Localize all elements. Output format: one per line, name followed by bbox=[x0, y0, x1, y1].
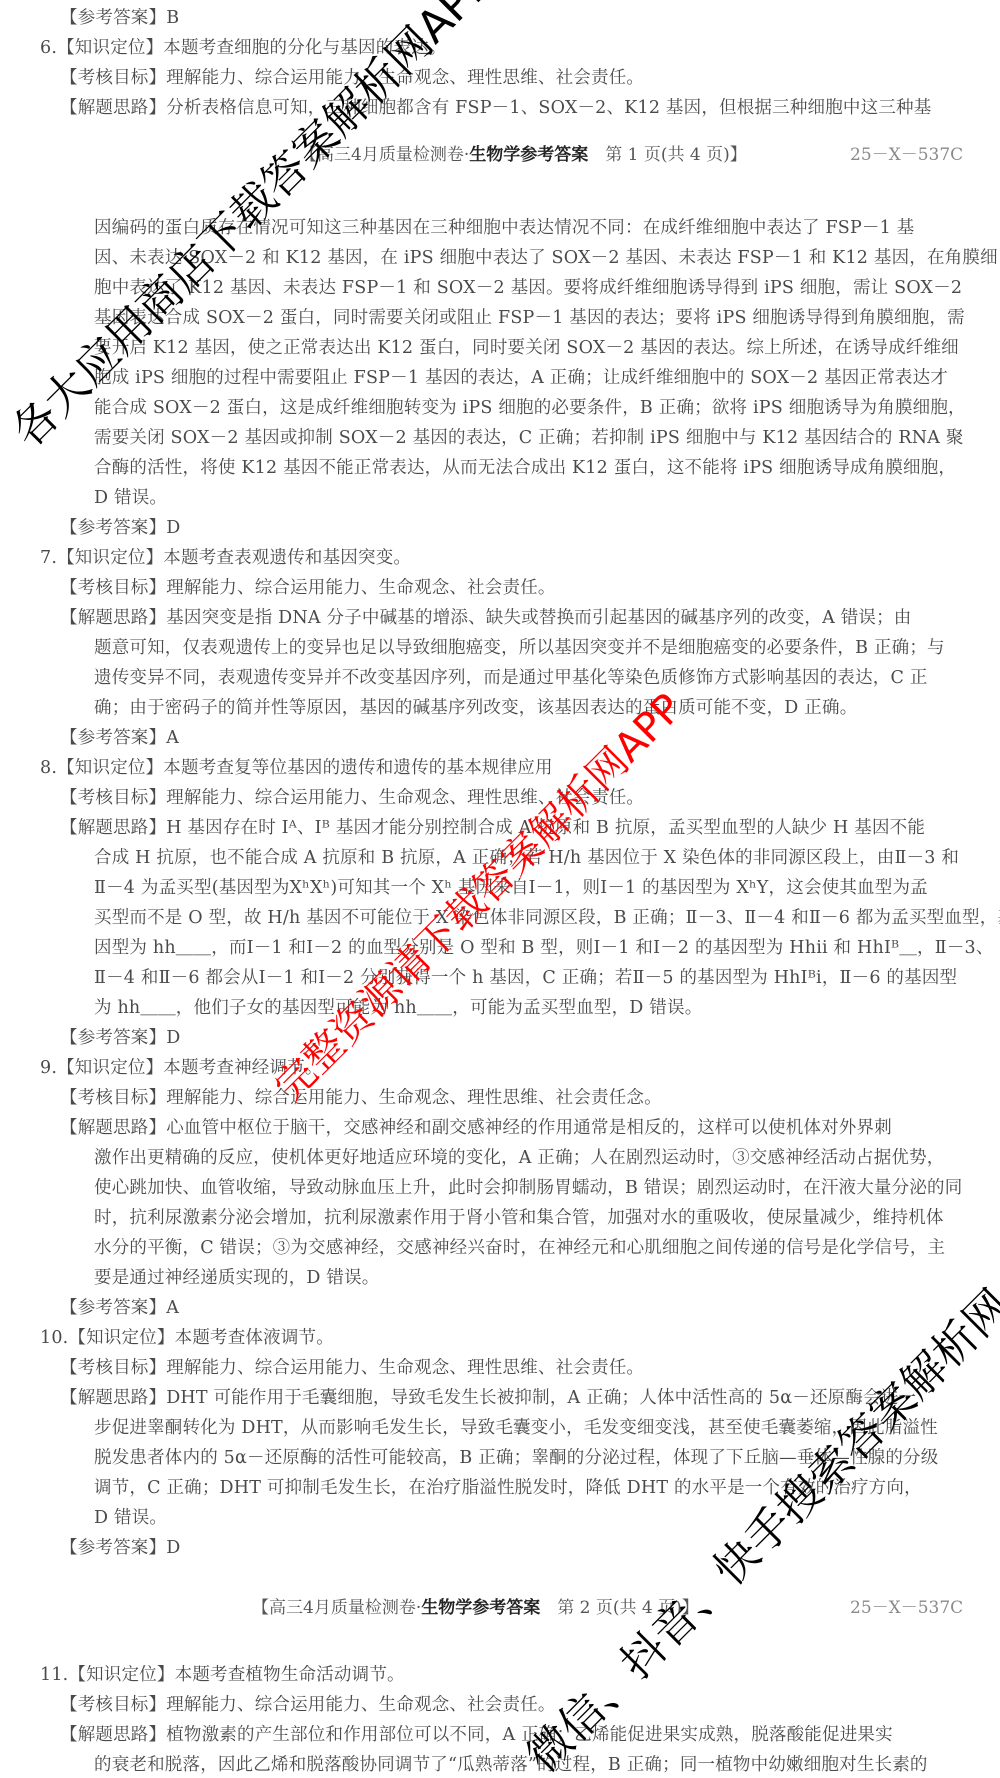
text-line: 7.【知识定位】本题考查表观遗传和基因突变。 bbox=[40, 548, 411, 568]
text-line: 【解题思路】DHT 可能作用于毛囊细胞，导致毛发生长被抑制，A 正确；人体中活性… bbox=[60, 1388, 916, 1408]
text-line: 要开启 K12 基因，使之正常表达出 K12 蛋白，同时要关闭 SOX－2 基因… bbox=[94, 338, 959, 358]
footer-code-2: 25－X－537C bbox=[850, 1593, 963, 1618]
text-line: 水分的平衡，C 错误；③为交感神经，交感神经兴奋时，在神经元和心肌细胞之间传递的… bbox=[94, 1238, 945, 1258]
text-line: 【参考答案】D bbox=[60, 518, 180, 538]
text-line: 【考核目标】理解能力、综合运用能力、生命观念、理性思维、社会责任。 bbox=[60, 1358, 644, 1378]
text-line: 因型为 hh＿＿，而Ⅰ－1 和Ⅰ－2 的血型分别是 O 型和 B 型，则Ⅰ－1 … bbox=[94, 938, 994, 958]
text-line: 胞成 iPS 细胞的过程中需要阻止 FSP－1 基因的表达，A 正确；让成纤维细… bbox=[94, 368, 948, 388]
text-line: 题意可知，仅表观遗传上的变异也足以导致细胞癌变，所以基因突变并不是细胞癌变的必要… bbox=[94, 638, 945, 658]
text-line: 【参考答案】A bbox=[60, 728, 179, 748]
text-line: 8.【知识定位】本题考查复等位基因的遗传和遗传的基本规律应用 bbox=[40, 758, 553, 778]
text-line: 需要关闭 SOX－2 基因或抑制 SOX－2 基因的表达，C 正确；若抑制 iP… bbox=[94, 428, 964, 448]
footer-title-bold: 生物学参考答案 bbox=[421, 1598, 540, 1618]
page-footer-1: 【高三4月质量检测卷·生物学参考答案 第 1 页(共 4 页)】 bbox=[300, 140, 747, 165]
footer-code-1: 25－X－537C bbox=[850, 140, 963, 165]
text-line: 确；由于密码子的简并性等原因，基因的碱基序列改变，该基因表达的蛋白质可能不变，D… bbox=[94, 698, 857, 718]
text-line: 【解题思路】植物激素的产生部位和作用部位可以不同，A 正确；乙烯能促进果实成熟，… bbox=[60, 1725, 893, 1745]
footer-title-bold: 生物学参考答案 bbox=[469, 145, 588, 165]
text-line: 使心跳加快、血管收缩，导致动脉血压上升，此时会抑制肠胃蠕动，B 错误；剧烈运动时… bbox=[94, 1178, 962, 1198]
text-line: 【解题思路】心血管中枢位于脑干，交感神经和副交感神经的作用通常是相反的，这样可以… bbox=[60, 1118, 892, 1138]
text-line: 10.【知识定位】本题考查体液调节。 bbox=[40, 1328, 334, 1348]
footer-page-number: 第 1 页(共 4 页)】 bbox=[588, 145, 747, 165]
text-line: Ⅱ－4 和Ⅱ－6 都会从Ⅰ－1 和Ⅰ－2 分别获得一个 h 基因，C 正确；若Ⅱ… bbox=[94, 968, 957, 988]
text-line: 11.【知识定位】本题考查植物生命活动调节。 bbox=[40, 1665, 405, 1685]
text-line: 【参考答案】D bbox=[60, 1028, 180, 1048]
text-line: 步促进睾酮转化为 DHT，从而影响毛发生长，导致毛囊变小，毛发变细变浅，甚至使毛… bbox=[94, 1418, 938, 1438]
text-line: 【参考答案】D bbox=[60, 1538, 180, 1558]
text-line: 【参考答案】B bbox=[60, 8, 179, 28]
page-footer-2: 【高三4月质量检测卷·生物学参考答案 第 2 页(共 4 页)】 bbox=[252, 1593, 699, 1618]
text-line: 【解题思路】分析表格信息可知，三种细胞都含有 FSP－1、SOX－2、K12 基… bbox=[60, 98, 931, 118]
text-line: 遗传变异不同，表观遗传变异并不改变基因序列，而是通过甲基化等染色质修饰方式影响基… bbox=[94, 668, 928, 688]
text-line: 基因表达合成 SOX－2 蛋白，同时需要关闭或阻止 FSP－1 基因的表达；要将… bbox=[94, 308, 965, 328]
text-line: 时，抗利尿激素分泌会增加，抗利尿激素作用于肾小管和集合管，加强对水的重吸收，使尿… bbox=[94, 1208, 944, 1228]
text-line: 【考核目标】理解能力、综合运用能力、生命观念、理性思维、社会责任念。 bbox=[60, 1088, 662, 1108]
text-line: 胞中表达了 K12 基因、未表达 FSP－1 和 SOX－2 基因。要将成纤维细… bbox=[94, 278, 962, 298]
text-line: 【参考答案】A bbox=[60, 1298, 179, 1318]
text-line: 要是通过神经递质实现的，D 错误。 bbox=[94, 1268, 380, 1288]
text-line: 【解题思路】基因突变是指 DNA 分子中碱基的增添、缺失或替换而引起基因的碱基序… bbox=[60, 608, 912, 628]
text-line: D 错误。 bbox=[94, 1508, 167, 1528]
text-line: 能合成 SOX－2 蛋白，这是成纤维细胞转变为 iPS 细胞的必要条件，B 正确… bbox=[94, 398, 966, 418]
text-line: 【解题思路】H 基因存在时 Iᴬ、Iᴮ 基因才能分别控制合成 A 抗原和 B 抗… bbox=[60, 818, 925, 838]
text-line: 的衰老和脱落，因此乙烯和脱落酸协同调节了“瓜熟蒂落”的过程，B 正确；同一植物中… bbox=[94, 1755, 928, 1775]
text-line: 激作出更精确的反应，使机体更好地适应环境的变化，A 正确；人在剧烈运动时，③交感… bbox=[94, 1148, 945, 1168]
text-line: 【考核目标】理解能力、综合运用能力、生命观念、社会责任。 bbox=[60, 578, 556, 598]
text-line: 【考核目标】理解能力、综合运用能力、生命观念、社会责任。 bbox=[60, 1695, 556, 1715]
text-line: D 错误。 bbox=[94, 488, 167, 508]
footer-title-prefix: 【高三4月质量检测卷· bbox=[252, 1598, 421, 1618]
text-line: 合酶的活性，将使 K12 基因不能正常表达，从而无法合成出 K12 蛋白，这不能… bbox=[94, 458, 956, 478]
text-line: 买型而不是 O 型，故 H/h 基因不可能位于 X 染色体非同源区段，B 正确；… bbox=[94, 908, 1000, 928]
